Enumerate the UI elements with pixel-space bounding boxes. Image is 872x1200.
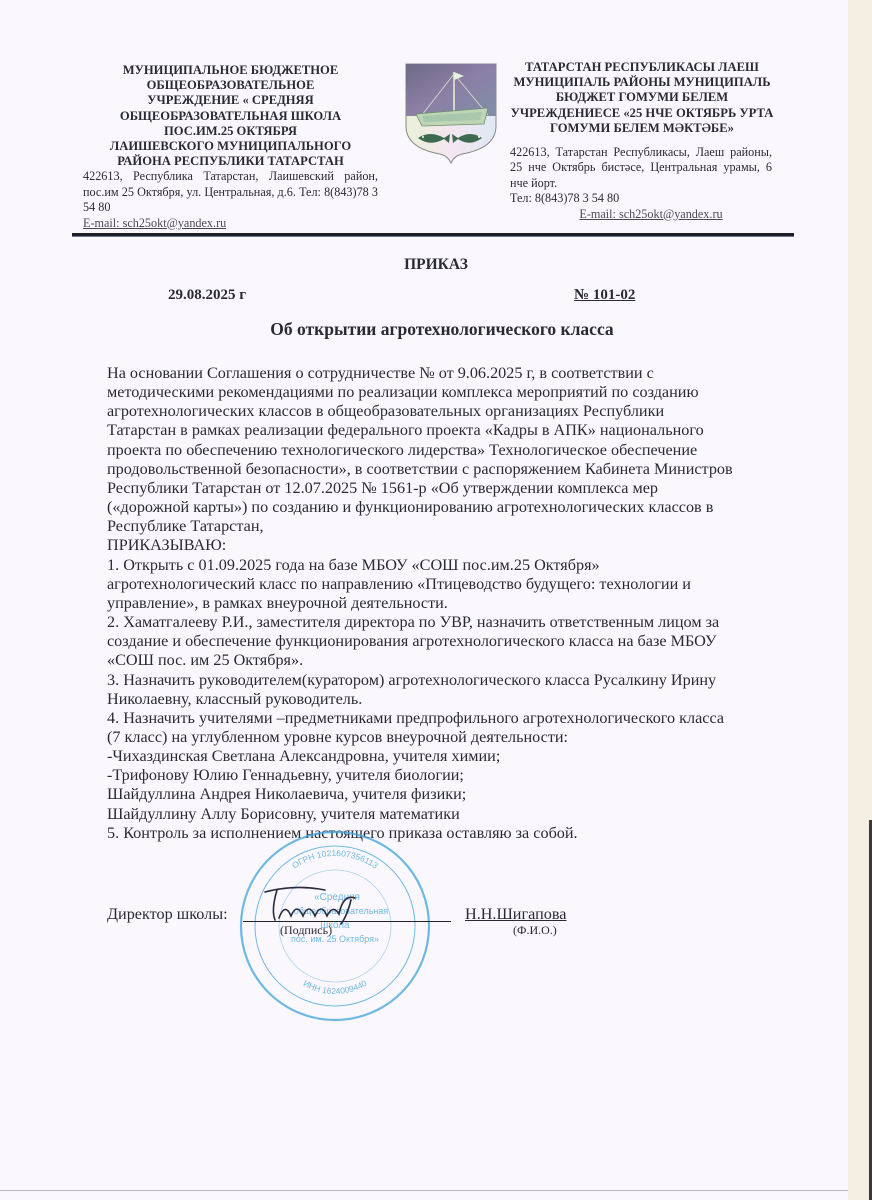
signature-caption: (Подпись): [280, 923, 332, 938]
org-name-tatar: ТАТАРСТАН РЕСПУБЛИКАСЫ ЛАЕШ МУНИЦИПАЛЬ Р…: [502, 60, 782, 136]
order-subject: Об открытии агротехнологического класса: [0, 319, 872, 340]
body-line: Республики Татарстан от 12.07.2025 № 156…: [107, 479, 797, 498]
body-line: методическими рекомендациями по реализац…: [107, 383, 797, 402]
org-name-russian: МУНИЦИПАЛЬНОЕ БЮДЖЕТНОЕ ОБЩЕОБРАЗОВАТЕЛЬ…: [83, 63, 378, 169]
body-line: Республике Татарстан,: [107, 517, 797, 536]
order-number: № 101-02: [574, 287, 635, 304]
body-line: («дорожной карты») по созданию и функцио…: [107, 498, 797, 517]
signature-label: Директор школы:: [107, 905, 228, 924]
phone-tatar: Тел: 8(843)78 3 54 80: [510, 191, 772, 206]
body-line: 2. Хаматгалееву Р.И., заместителя директ…: [107, 613, 797, 632]
coat-of-arms-icon: [402, 60, 500, 165]
org-line: ГОМУМИ БЕЛЕМ МӘКТӘБЕ»: [502, 121, 782, 136]
body-line: (7 класс) на углубленном уровне курсов в…: [107, 728, 797, 747]
body-line: 3. Назначить руководителем(куратором) аг…: [107, 671, 797, 690]
org-line: УЧРЕЖДЕНИЕСЕ «25 НЧЕ ОКТЯБРЬ УРТА: [502, 106, 782, 121]
org-line: ОБЩЕОБРАЗОВАТЕЛЬНАЯ ШКОЛА: [83, 109, 378, 124]
header-right-tatar: ТАТАРСТАН РЕСПУБЛИКАСЫ ЛАЕШ МУНИЦИПАЛЬ Р…: [510, 60, 772, 222]
body-line: управление», в рамках внеурочной деятель…: [107, 594, 797, 613]
org-line: ОБЩЕОБРАЗОВАТЕЛЬНОЕ: [83, 78, 378, 93]
body-line: Шайдуллина Андрея Николаевича, учителя ф…: [107, 785, 797, 804]
body-line: Татарстан в рамках реализации федерально…: [107, 421, 797, 440]
svg-text:ИНН 1624009440: ИНН 1624009440: [302, 978, 369, 996]
address-russian: 422613, Республика Татарстан, Лаишевский…: [83, 169, 378, 215]
order-directive: ПРИКАЗЫВАЮ:: [107, 536, 797, 555]
svg-text:ОГРН 1021607356113: ОГРН 1021607356113: [290, 848, 380, 871]
body-line: продовольственной безопасности», в соотв…: [107, 460, 797, 479]
org-line: РАЙОНА РЕСПУБЛИКИ ТАТАРСТАН: [83, 154, 378, 169]
order-body: На основании Соглашения о сотрудничестве…: [107, 364, 797, 843]
order-date: 29.08.2025 г: [168, 287, 246, 304]
body-line: 5. Контроль за исполнением настоящего пр…: [107, 824, 797, 843]
org-line: БЮДЖЕТ ГОМУМИ БЕЛЕМ: [502, 90, 782, 105]
body-line: «СОШ пос. им 25 Октября».: [107, 651, 797, 670]
org-line: ЛАИШЕВСКОГО МУНИЦИПАЛЬНОГО: [83, 139, 378, 154]
director-name: Н.Н.Шигапова: [465, 905, 566, 924]
body-line: 1. Открыть с 01.09.2025 года на базе МБО…: [107, 556, 797, 575]
email-link-left[interactable]: E-mail: sch25okt@yandex.ru: [83, 216, 226, 230]
org-line: УЧРЕЖДЕНИЕ « СРЕДНЯЯ: [83, 93, 378, 108]
body-line: 4. Назначить учителями –предметниками пр…: [107, 709, 797, 728]
org-line: МУНИЦИПАЛЬНОЕ БЮДЖЕТНОЕ: [83, 63, 378, 78]
document-title: ПРИКАЗ: [0, 256, 872, 274]
body-line: На основании Соглашения о сотрудничестве…: [107, 364, 797, 383]
name-caption: (Ф.И.О.): [513, 923, 557, 938]
body-line: -Трифонову Юлию Геннадьевну, учителя био…: [107, 766, 797, 785]
email-link-right[interactable]: E-mail: sch25okt@yandex.ru: [579, 207, 722, 221]
body-line: агротехнологический класс по направлению…: [107, 575, 797, 594]
body-line: агротехнологических классов в общеобразо…: [107, 402, 797, 421]
address-tatar: 422613, Татарстан Республикасы, Лаеш рай…: [510, 145, 772, 191]
body-line: Шайдуллину Аллу Борисовну, учителя матем…: [107, 805, 797, 824]
body-line: создание и обеспечение функционирования …: [107, 632, 797, 651]
body-line: Николаевну, классный руководитель.: [107, 690, 797, 709]
body-line: -Чихаздинская Светлана Александровна, уч…: [107, 747, 797, 766]
org-line: ТАТАРСТАН РЕСПУБЛИКАСЫ ЛАЕШ: [502, 60, 782, 75]
scan-bottom-edge: [0, 1190, 848, 1191]
header-divider: [72, 233, 794, 237]
body-line: проекта по обеспечению технологического …: [107, 441, 797, 460]
org-line: МУНИЦИПАЛЬ РАЙОНЫ МУНИЦИПАЛЬ: [502, 75, 782, 90]
org-line: ПОС.ИМ.25 ОКТЯБРЯ: [83, 124, 378, 139]
header-left-russian: МУНИЦИПАЛЬНОЕ БЮДЖЕТНОЕ ОБЩЕОБРАЗОВАТЕЛЬ…: [83, 63, 378, 231]
